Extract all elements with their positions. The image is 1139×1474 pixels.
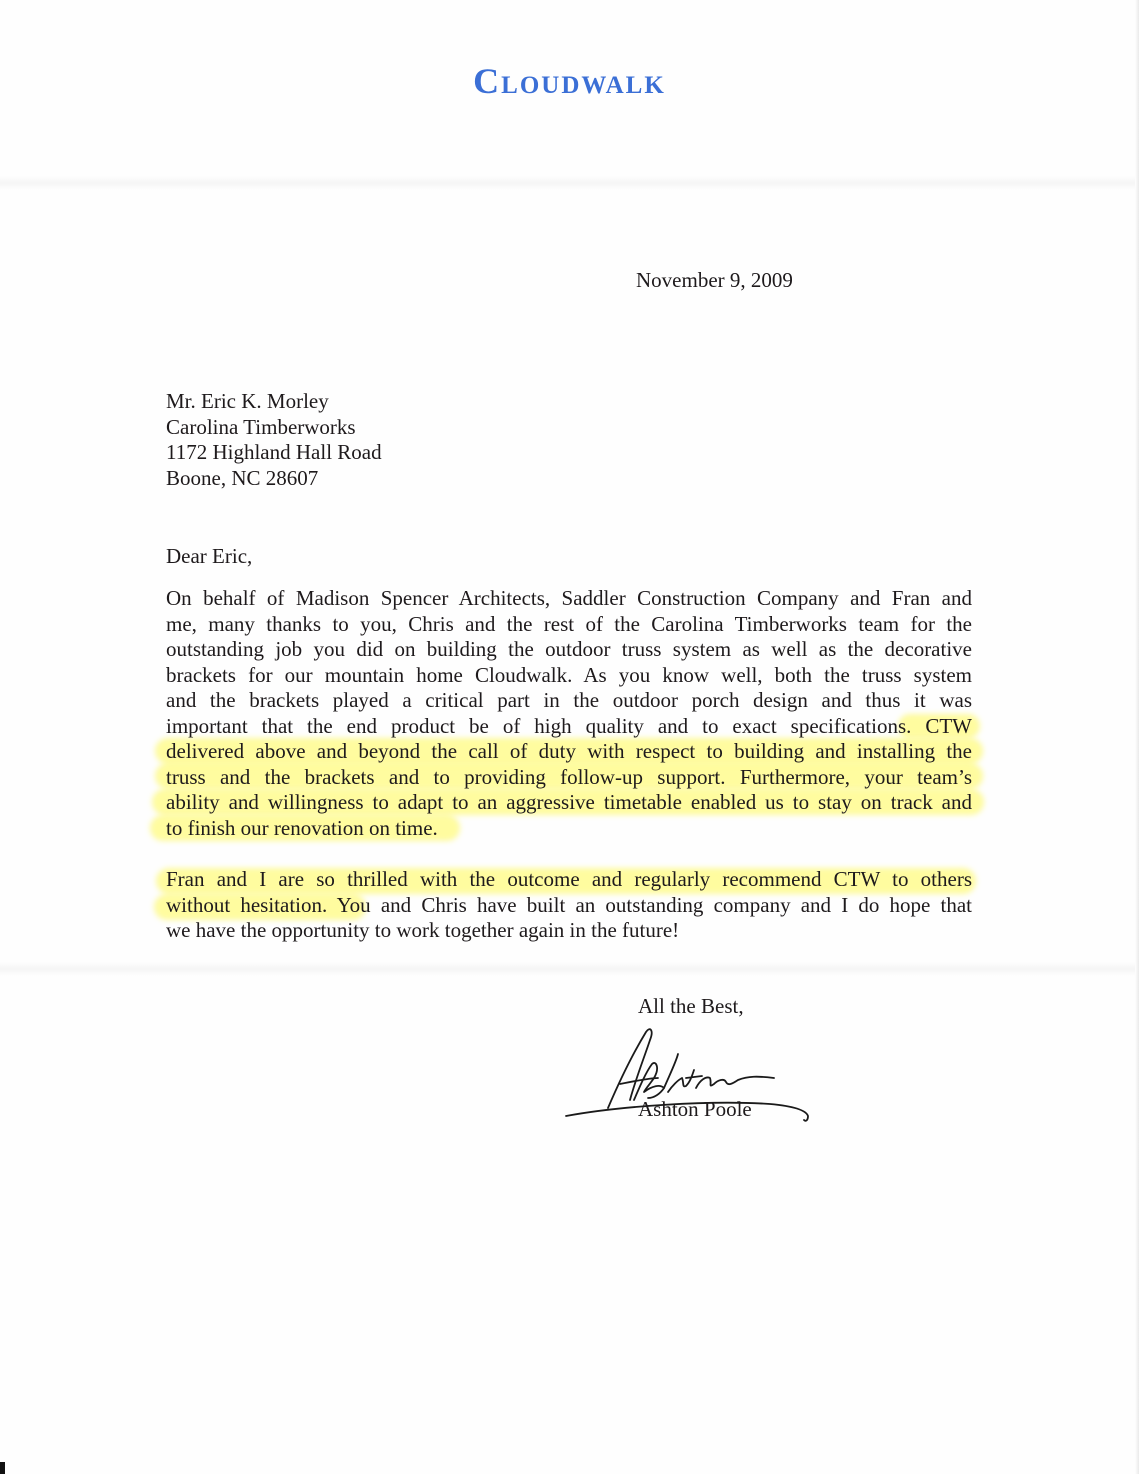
recipient-company: Carolina Timberworks [166, 415, 382, 441]
paragraph-line: important that the end product be of hig… [166, 714, 972, 740]
paragraph-line: On behalf of Madison Spencer Architects,… [166, 586, 972, 612]
recipient-street: 1172 Highland Hall Road [166, 440, 382, 466]
signer-name: Ashton Poole [638, 1097, 752, 1122]
letterhead-title: Cloudwalk [0, 60, 1139, 102]
body-paragraph-2: Fran and I are so thrilled with the outc… [166, 867, 972, 944]
page-edge [1135, 0, 1139, 1474]
paragraph-line: and the brackets played a critical part … [166, 688, 972, 714]
paragraph-line: delivered above and beyond the call of d… [166, 739, 972, 765]
letter-date: November 9, 2009 [636, 268, 793, 293]
recipient-name: Mr. Eric K. Morley [166, 389, 382, 415]
paragraph-line: brackets for our mountain home Cloudwalk… [166, 663, 972, 689]
letter-page: Cloudwalk November 9, 2009 Mr. Eric K. M… [0, 0, 1139, 1474]
recipient-address: Mr. Eric K. Morley Carolina Timberworks … [166, 389, 382, 491]
paragraph-line: to finish our renovation on time. [166, 816, 972, 842]
paragraph-line: Fran and I are so thrilled with the outc… [166, 867, 972, 893]
salutation: Dear Eric, [166, 544, 252, 569]
paragraph-line: we have the opportunity to work together… [166, 918, 972, 944]
paragraph-line: outstanding job you did on building the … [166, 637, 972, 663]
paragraph-line: truss and the brackets and to providing … [166, 765, 972, 791]
paragraph-line: ability and willingness to adapt to an a… [166, 790, 972, 816]
scan-artifact [0, 1462, 5, 1474]
body-paragraph-1: On behalf of Madison Spencer Architects,… [166, 586, 972, 841]
recipient-city: Boone, NC 28607 [166, 466, 382, 492]
closing: All the Best, [638, 994, 744, 1019]
scan-artifact [0, 962, 1139, 976]
scan-artifact [0, 176, 1139, 190]
paragraph-line: without hesitation. You and Chris have b… [166, 893, 972, 919]
paragraph-line: me, many thanks to you, Chris and the re… [166, 612, 972, 638]
